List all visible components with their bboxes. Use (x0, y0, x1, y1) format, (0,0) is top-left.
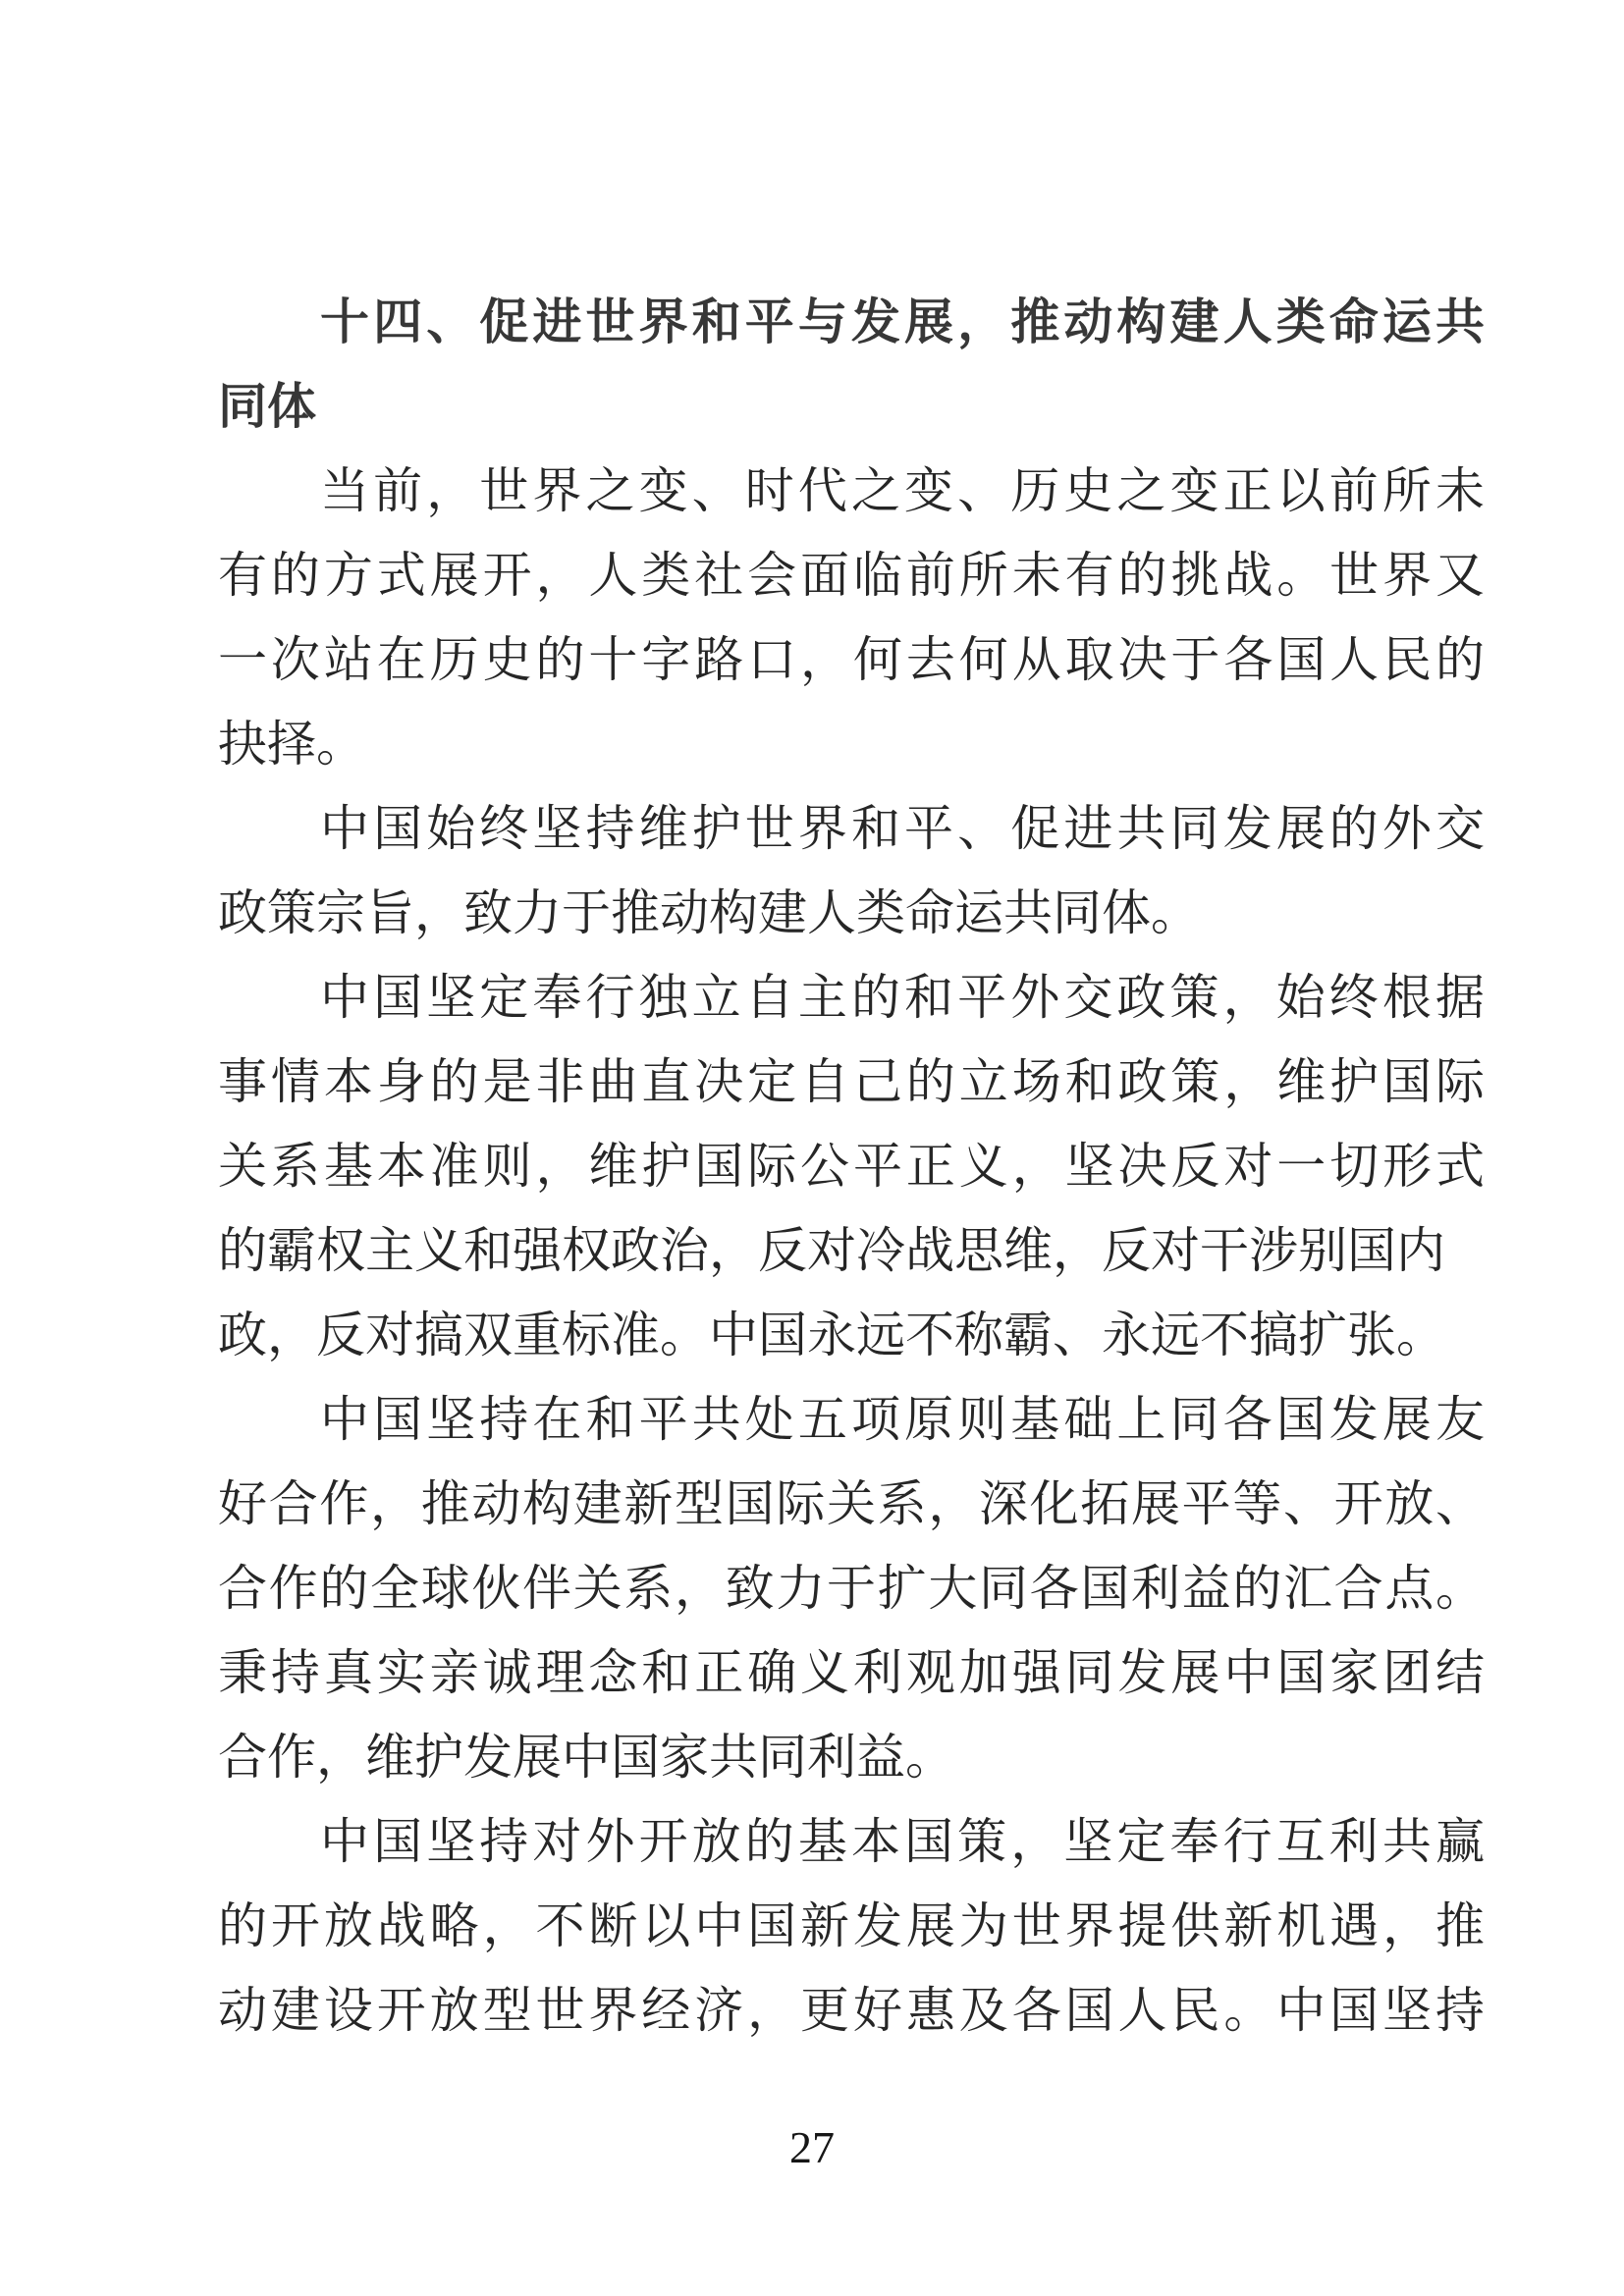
paragraph: 中国坚持对外开放的基本国策，坚定奉行互利共赢 的开放战略，不断以中国新发展为世界… (218, 1799, 1485, 2053)
text-line: 当前，世界之变、时代之变、历史之变正以前所未 (218, 449, 1485, 533)
text-line: 的霸权主义和强权政治，反对冷战思维，反对干涉别国内 (218, 1208, 1485, 1293)
paragraph: 中国坚定奉行独立自主的和平外交政策，始终根据 事情本身的是非曲直决定自己的立场和… (218, 955, 1485, 1377)
text-line: 一次站在历史的十字路口，何去何从取决于各国人民的 (218, 617, 1485, 702)
text-line: 合作的全球伙伴关系，致力于扩大同各国利益的汇合点。 (218, 1546, 1485, 1630)
text-line: 抉择。 (218, 702, 1485, 786)
text-line: 中国始终坚持维护世界和平、促进共同发展的外交 (218, 786, 1485, 871)
text-line: 动建设开放型世界经济，更好惠及各国人民。中国坚持 (218, 1968, 1485, 2053)
text-line: 的开放战略，不断以中国新发展为世界提供新机遇，推 (218, 1884, 1485, 1968)
text-line: 好合作，推动构建新型国际关系，深化拓展平等、开放、 (218, 1462, 1485, 1546)
text-line: 中国坚持对外开放的基本国策，坚定奉行互利共赢 (218, 1799, 1485, 1884)
text-line: 有的方式展开，人类社会面临前所未有的挑战。世界又 (218, 533, 1485, 617)
text-column: 十四、促进世界和平与发展，推动构建人类命运共 同体 当前，世界之变、时代之变、历… (218, 280, 1485, 2053)
section-heading-line: 十四、促进世界和平与发展，推动构建人类命运共 (218, 280, 1485, 364)
text-line: 中国坚持在和平共处五项原则基础上同各国发展友 (218, 1377, 1485, 1462)
text-line: 政策宗旨，致力于推动构建人类命运共同体。 (218, 871, 1485, 955)
paragraph: 中国坚持在和平共处五项原则基础上同各国发展友 好合作，推动构建新型国际关系，深化… (218, 1377, 1485, 1799)
paragraph: 中国始终坚持维护世界和平、促进共同发展的外交 政策宗旨，致力于推动构建人类命运共… (218, 786, 1485, 955)
text-line: 秉持真实亲诚理念和正确义利观加强同发展中国家团结 (218, 1630, 1485, 1715)
section-heading-line: 同体 (218, 364, 1485, 449)
text-line: 中国坚定奉行独立自主的和平外交政策，始终根据 (218, 955, 1485, 1040)
section-heading: 十四、促进世界和平与发展，推动构建人类命运共 同体 (218, 280, 1485, 449)
text-line: 合作，维护发展中国家共同利益。 (218, 1715, 1485, 1799)
paragraph: 当前，世界之变、时代之变、历史之变正以前所未 有的方式展开，人类社会面临前所未有… (218, 449, 1485, 786)
text-line: 事情本身的是非曲直决定自己的立场和政策，维护国际 (218, 1040, 1485, 1124)
text-line: 关系基本准则，维护国际公平正义，坚决反对一切形式 (218, 1124, 1485, 1208)
page-number: 27 (0, 2118, 1624, 2177)
text-line: 政，反对搞双重标准。中国永远不称霸、永远不搞扩张。 (218, 1293, 1485, 1377)
document-page: 十四、促进世界和平与发展，推动构建人类命运共 同体 当前，世界之变、时代之变、历… (0, 0, 1624, 2296)
